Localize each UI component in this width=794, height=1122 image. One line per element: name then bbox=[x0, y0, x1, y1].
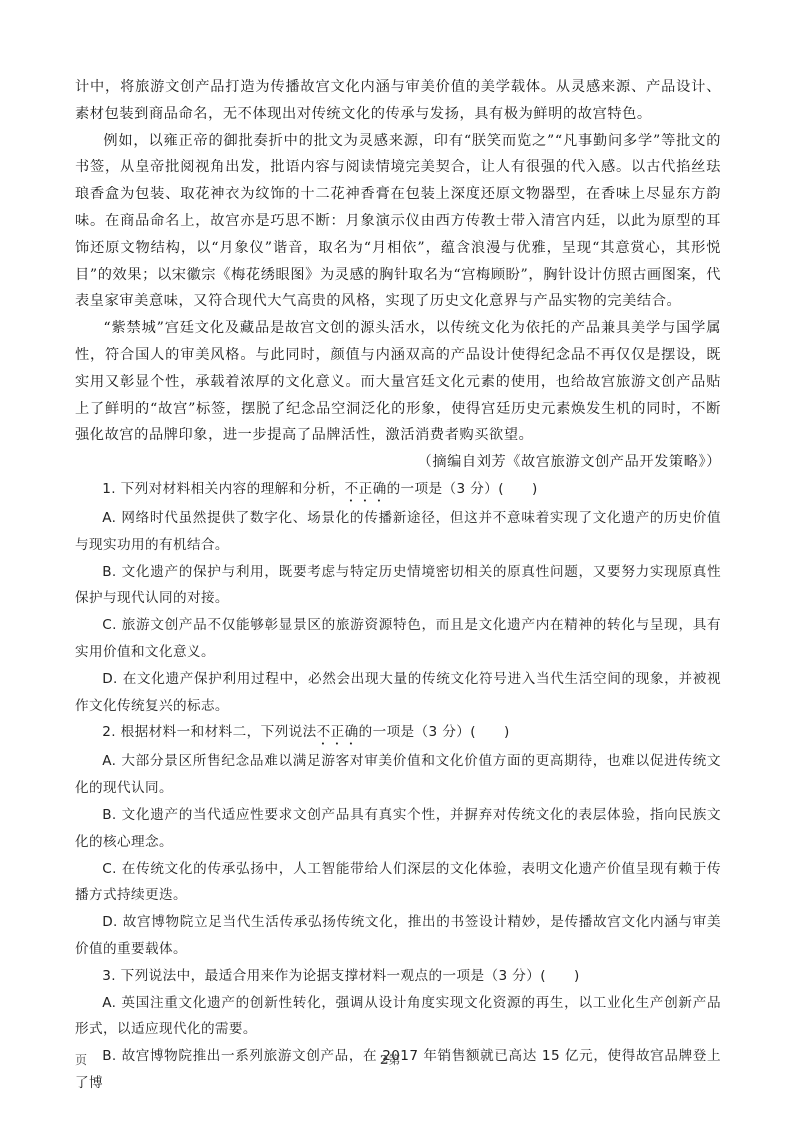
footer-page-number: 2第 bbox=[380, 1051, 400, 1068]
passage-paragraph: “紫禁城”宫廷文化及藏品是故宫文创的源头活水，以传统文化为依托的产品兼具美学与国… bbox=[75, 315, 721, 449]
question-stem: 2. 根据材料一和材料二，下列说法不正确的一项是（3 分）( ) bbox=[75, 719, 721, 748]
option-b: B. 文化遗产的当代适应性要求文创产品具有真实个性，并摒弃对传统文化的表层体验，… bbox=[75, 802, 721, 856]
question-stem: 1. 下列对材料相关内容的理解和分析，不正确的一项是（3 分）( ) bbox=[75, 476, 721, 505]
footer-page-label: 页 bbox=[75, 1051, 87, 1068]
question-1: 1. 下列对材料相关内容的理解和分析，不正确的一项是（3 分）( ) A. 网络… bbox=[75, 476, 721, 719]
passage-paragraph: 计中，将旅游文创产品打造为传播故宫文化内涵与审美价值的美学载体。从灵感来源、产品… bbox=[75, 74, 721, 128]
option-b: B. 文化遗产的保护与利用，既要考虑与特定历史情境密切相关的原真性问题，又要努力… bbox=[75, 559, 721, 613]
option-c: C. 旅游文创产品不仅能够彰显景区的旅游资源特色，而且是文化遗产内在精神的转化与… bbox=[75, 612, 721, 666]
passage-paragraph: 例如，以雍正帝的御批奏折中的批文为灵感来源，印有“朕笑而览之”“凡事勤问多学”等… bbox=[75, 128, 721, 316]
question-3: 3. 下列说法中，最适合用来作为论据支撑材料一观点的一项是（3 分）( ) A.… bbox=[75, 963, 721, 1097]
question-2: 2. 根据材料一和材料二，下列说法不正确的一项是（3 分）( ) A. 大部分景… bbox=[75, 719, 721, 962]
option-d: D. 故宫博物院立足当代生活传承弘扬传统文化，推出的书签设计精妙，是传播故宫文化… bbox=[75, 909, 721, 963]
option-c: C. 在传统文化的传承弘扬中，人工智能带给人们深层的文化体验，表明文化遗产价值呈… bbox=[75, 856, 721, 910]
document-page: 计中，将旅游文创产品打造为传播故宫文化内涵与审美价值的美学载体。从灵感来源、产品… bbox=[75, 74, 721, 1097]
option-a: A. 大部分景区所售纪念品难以满足游客对审美价值和文化价值方面的更高期待，也难以… bbox=[75, 748, 721, 802]
passage-source: （摘编自刘芳《故宫旅游文创产品开发策略》） bbox=[75, 449, 721, 476]
option-a: A. 英国注重文化遗产的创新性转化，强调从设计角度实现文化资源的再生，以工业化生… bbox=[75, 990, 721, 1044]
question-stem: 3. 下列说法中，最适合用来作为论据支撑材料一观点的一项是（3 分）( ) bbox=[75, 963, 721, 990]
option-a: A. 网络时代虽然提供了数字化、场景化的传播新途径，但这并不意味着实现了文化遗产… bbox=[75, 505, 721, 559]
option-d: D. 在文化遗产保护利用过程中，必然会出现大量的传统文化符号进入当代生活空间的现… bbox=[75, 666, 721, 720]
emphasis-text: 不正确 bbox=[317, 724, 359, 740]
emphasis-text: 不正确 bbox=[345, 481, 387, 497]
